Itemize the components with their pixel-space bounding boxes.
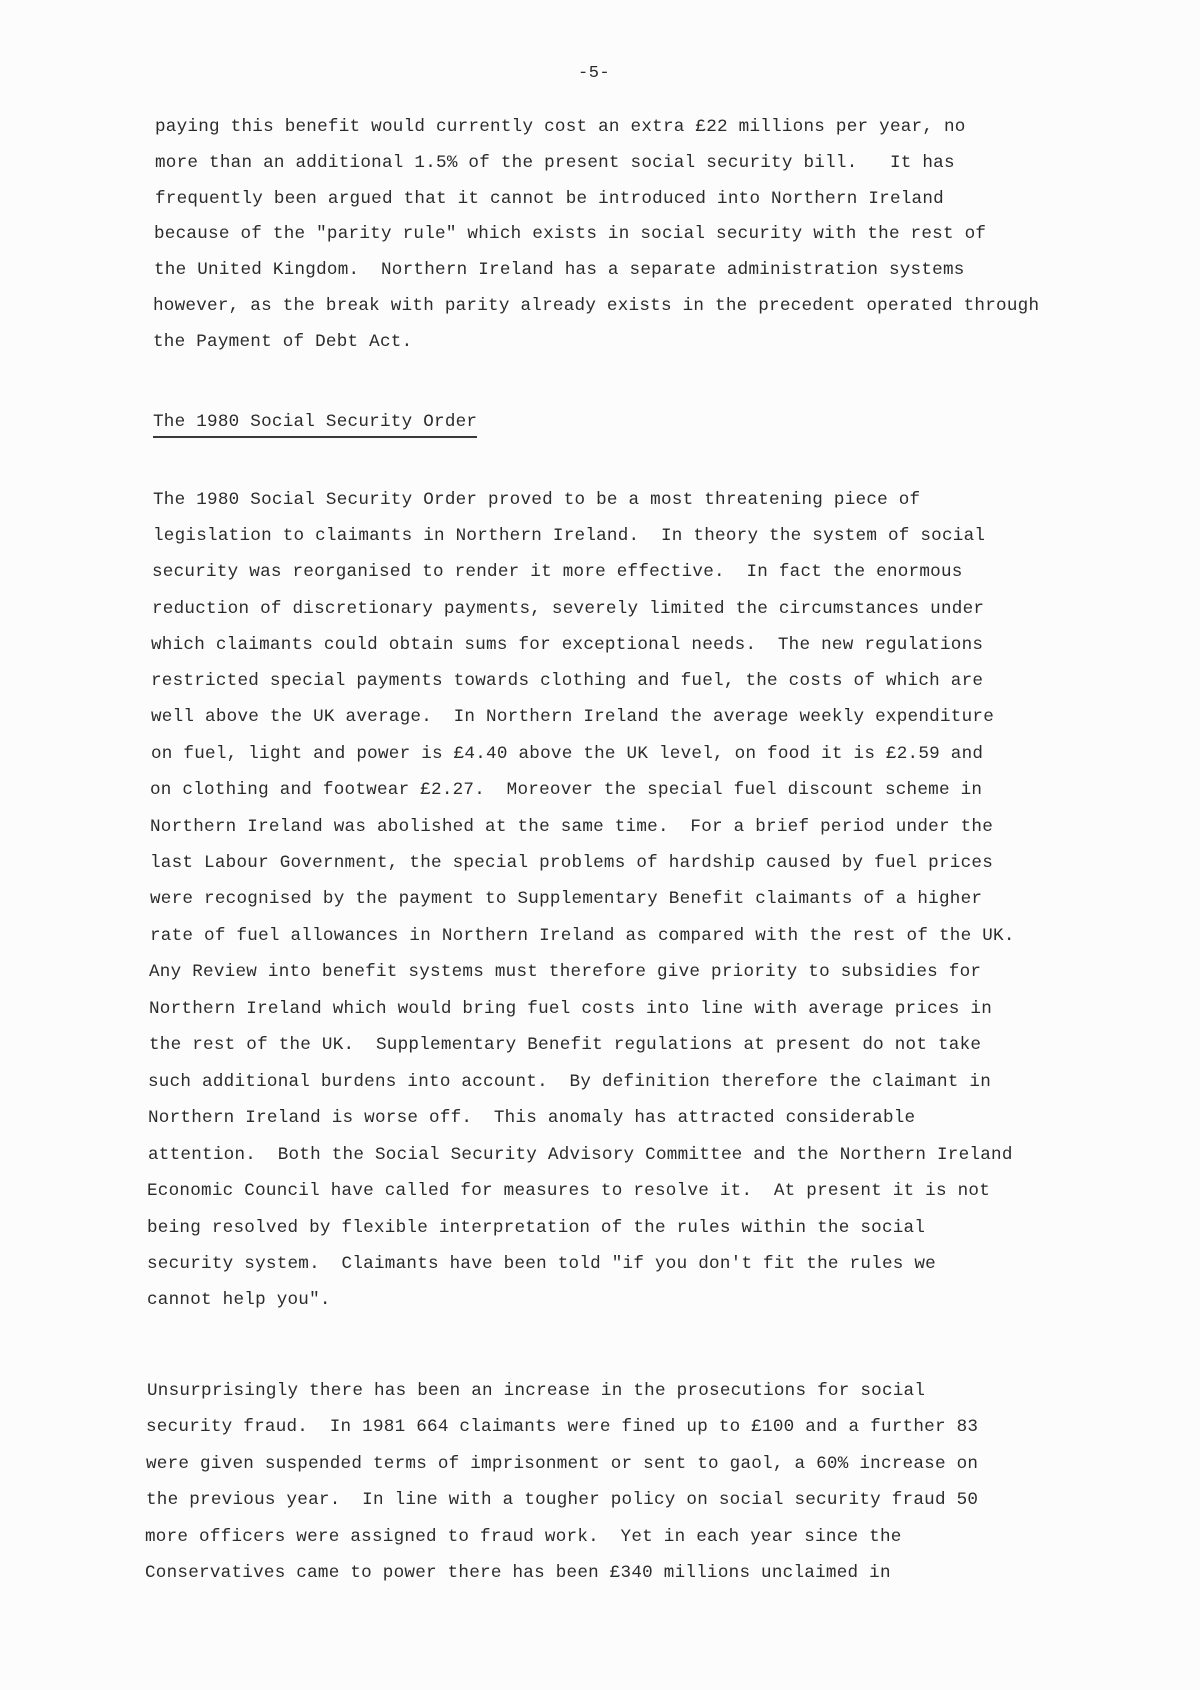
text-line: the Payment of Debt Act. bbox=[153, 332, 412, 352]
text-line: because of the "parity rule" which exist… bbox=[154, 224, 986, 244]
text-line: on fuel, light and power is £4.40 above … bbox=[151, 744, 983, 764]
text-line: Northern Ireland was abolished at the sa… bbox=[150, 817, 993, 837]
text-line: the United Kingdom. Northern Ireland has… bbox=[154, 260, 965, 280]
text-line: The 1980 Social Security Order proved to… bbox=[153, 490, 920, 510]
text-line: Conservatives came to power there has be… bbox=[145, 1563, 891, 1583]
text-line: legislation to claimants in Northern Ire… bbox=[153, 526, 985, 546]
text-line: however, as the break with parity alread… bbox=[153, 296, 1039, 316]
section-heading: The 1980 Social Security Order bbox=[153, 412, 477, 438]
text-line: attention. Both the Social Security Advi… bbox=[148, 1145, 1013, 1165]
text-line: Economic Council have called for measure… bbox=[147, 1181, 990, 1201]
text-line: last Labour Government, the special prob… bbox=[150, 853, 993, 873]
text-line: on clothing and footwear £2.27. Moreover… bbox=[150, 780, 982, 800]
document-page: -5- paying this benefit would currently … bbox=[0, 0, 1200, 1690]
text-line: were given suspended terms of imprisonme… bbox=[146, 1454, 978, 1474]
text-line: cannot help you". bbox=[147, 1290, 331, 1310]
text-line: Unsurprisingly there has been an increas… bbox=[147, 1381, 925, 1401]
text-line: Northern Ireland which would bring fuel … bbox=[149, 999, 992, 1019]
page-number: -5- bbox=[578, 64, 610, 83]
text-line: paying this benefit would currently cost… bbox=[155, 117, 966, 137]
text-line: security was reorganised to render it mo… bbox=[152, 562, 963, 582]
text-line: security system. Claimants have been tol… bbox=[147, 1254, 936, 1274]
text-line: more than an additional 1.5% of the pres… bbox=[155, 153, 955, 173]
text-line: being resolved by flexible interpretatio… bbox=[147, 1218, 925, 1238]
text-line: more officers were assigned to fraud wor… bbox=[145, 1527, 902, 1547]
text-line: such additional burdens into account. By… bbox=[148, 1072, 991, 1092]
text-line: which claimants could obtain sums for ex… bbox=[151, 635, 983, 655]
text-line: the previous year. In line with a toughe… bbox=[146, 1490, 978, 1510]
text-line: Northern Ireland is worse off. This anom… bbox=[148, 1108, 915, 1128]
text-line: frequently been argued that it cannot be… bbox=[155, 189, 944, 209]
text-line: the rest of the UK. Supplementary Benefi… bbox=[149, 1035, 981, 1055]
text-line: Any Review into benefit systems must the… bbox=[149, 962, 981, 982]
text-line: security fraud. In 1981 664 claimants we… bbox=[146, 1417, 978, 1437]
text-line: restricted special payments towards clot… bbox=[151, 671, 983, 691]
text-line: well above the UK average. In Northern I… bbox=[151, 707, 994, 727]
text-line: were recognised by the payment to Supple… bbox=[150, 889, 982, 909]
text-line: rate of fuel allowances in Northern Irel… bbox=[150, 926, 1015, 946]
text-line: reduction of discretionary payments, sev… bbox=[152, 599, 984, 619]
